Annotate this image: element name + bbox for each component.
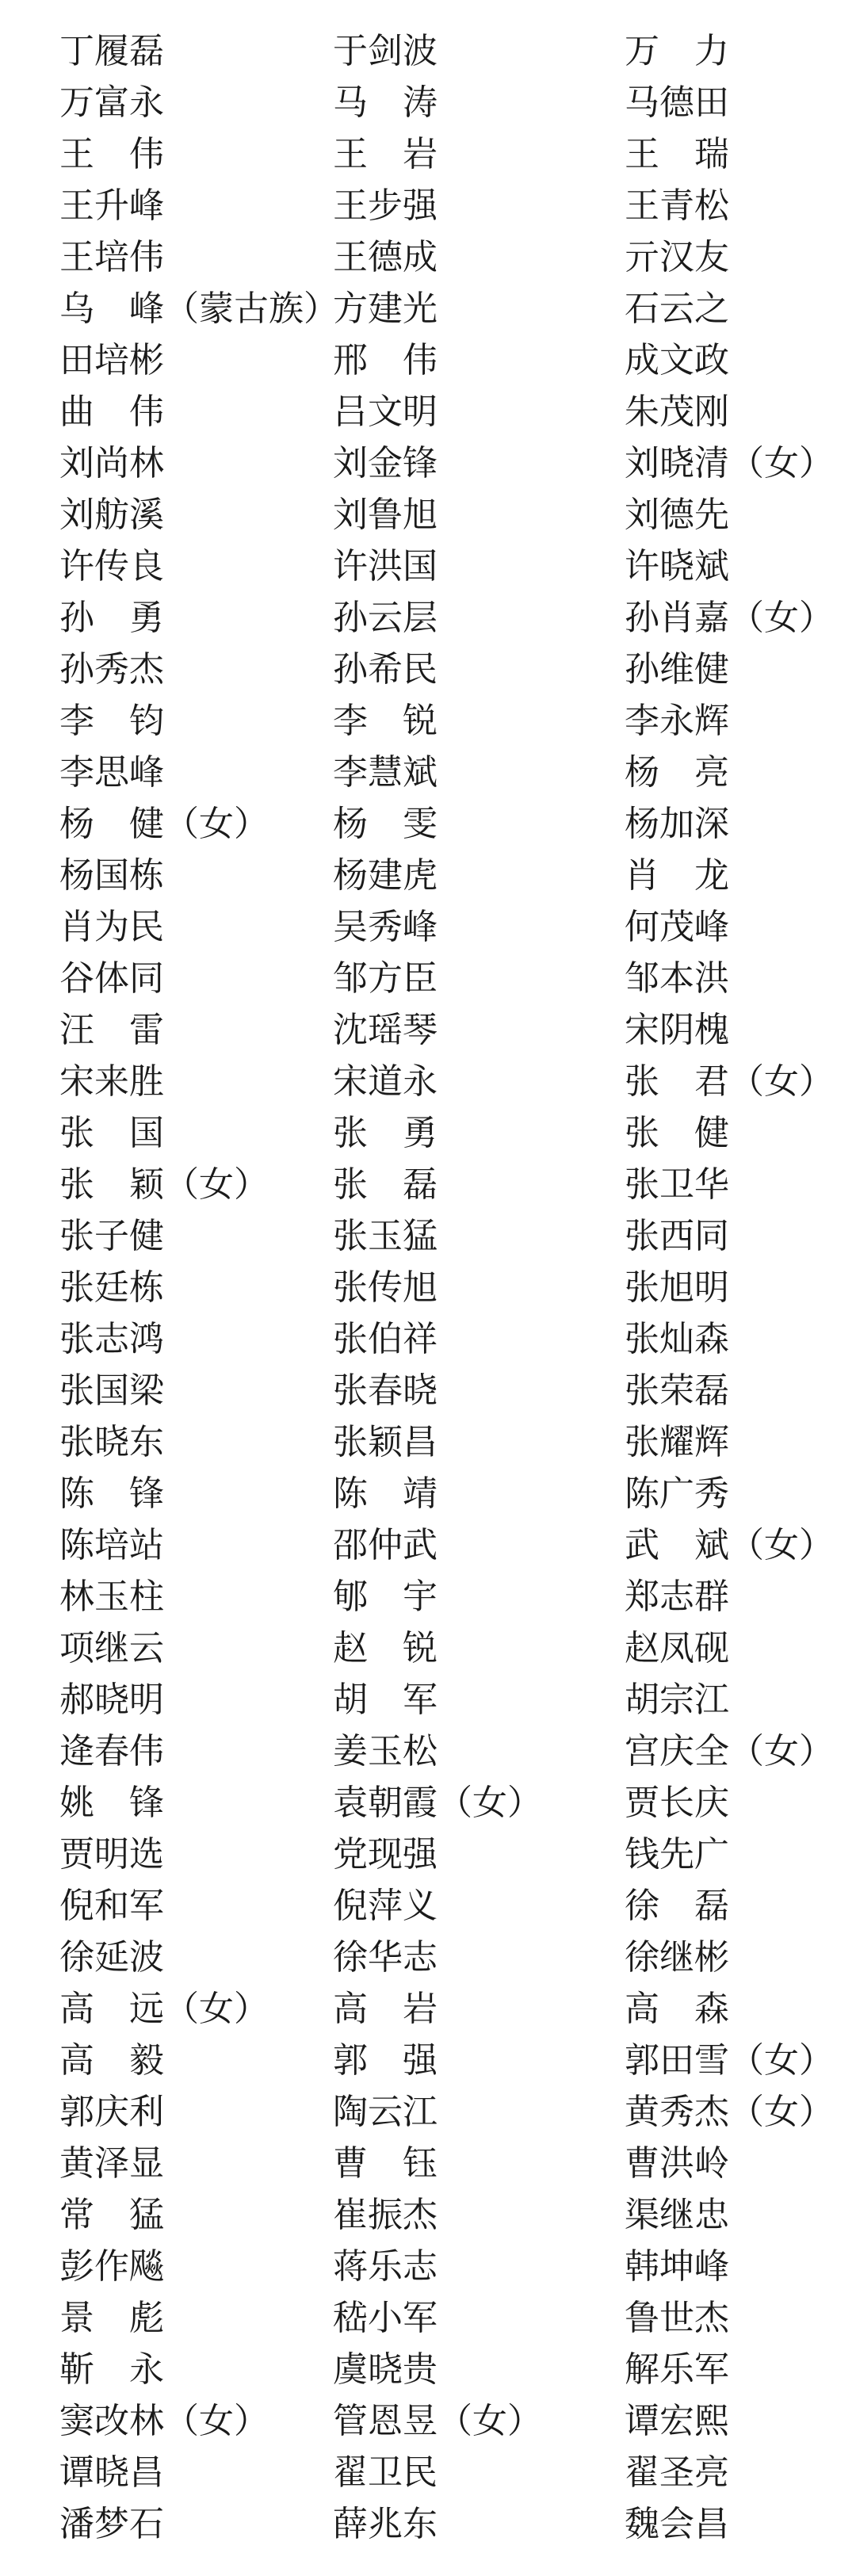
name-cell: 曹 钰 <box>333 2138 438 2189</box>
name-cell: 马德田 <box>625 77 729 128</box>
name-cell: 倪和军 <box>59 1880 164 1932</box>
name-cell: 武 斌（女） <box>625 1519 834 1571</box>
name-cell: 嵇小军 <box>333 2292 438 2344</box>
name-cell: 渠继忠 <box>625 2189 729 2241</box>
name-row: 刘舫溪刘鲁旭刘德先 <box>0 489 856 541</box>
name-cell: 高 远（女） <box>59 1983 269 2035</box>
name-cell: 朱茂刚 <box>625 386 729 438</box>
name-cell: 马 涛 <box>333 77 438 128</box>
name-cell: 赵 锐 <box>333 1622 438 1674</box>
name-row: 曲 伟吕文明朱茂刚 <box>0 386 856 438</box>
name-cell: 乌 峰（蒙古族） <box>59 283 338 334</box>
name-cell: 张志鸿 <box>59 1313 164 1365</box>
name-row: 王 伟王 岩王 瑞 <box>0 128 856 180</box>
name-cell: 宋阴槐 <box>625 1004 729 1056</box>
name-cell: 彭作飚 <box>59 2241 164 2292</box>
name-row: 田培彬邢 伟成文政 <box>0 334 856 386</box>
name-cell: 刘德先 <box>625 489 729 541</box>
name-cell: 潘梦石 <box>59 2498 164 2550</box>
name-row: 孙秀杰孙希民孙维健 <box>0 644 856 695</box>
name-cell: 杨 雯 <box>333 798 438 850</box>
name-row: 谭晓昌翟卫民翟圣亮 <box>0 2447 856 2498</box>
name-row: 郭庆利陶云江黄秀杰（女） <box>0 2086 856 2138</box>
name-cell: 李 钧 <box>59 695 164 747</box>
name-cell: 王 瑞 <box>625 128 729 180</box>
name-cell: 高 毅 <box>59 2035 164 2086</box>
name-cell: 曲 伟 <box>59 386 164 438</box>
name-row: 潘梦石薛兆东魏会昌 <box>0 2498 856 2550</box>
name-cell: 魏会昌 <box>625 2498 729 2550</box>
name-row: 陈培站邵仲武武 斌（女） <box>0 1519 856 1571</box>
name-cell: 张颖昌 <box>333 1416 438 1468</box>
name-row: 林玉柱郇 宇郑志群 <box>0 1571 856 1622</box>
name-row: 张晓东张颖昌张耀辉 <box>0 1416 856 1468</box>
name-row: 张国梁张春晓张荣磊 <box>0 1365 856 1416</box>
name-cell: 张玉猛 <box>333 1210 438 1262</box>
name-cell: 曹洪岭 <box>625 2138 729 2189</box>
name-cell: 袁朝霞（女） <box>333 1777 542 1829</box>
name-cell: 崔振杰 <box>333 2189 438 2241</box>
name-cell: 刘舫溪 <box>59 489 164 541</box>
name-cell: 翟圣亮 <box>625 2447 729 2498</box>
name-cell: 贾长庆 <box>625 1777 729 1829</box>
name-row: 张廷栋张传旭张旭明 <box>0 1262 856 1313</box>
name-cell: 黄秀杰（女） <box>625 2086 834 2138</box>
name-cell: 杨国栋 <box>59 850 164 901</box>
name-cell: 张 国 <box>59 1107 164 1159</box>
name-cell: 张 磊 <box>333 1159 438 1210</box>
name-row: 倪和军倪萍义徐 磊 <box>0 1880 856 1932</box>
name-cell: 成文政 <box>625 334 729 386</box>
name-row: 刘尚林刘金锋刘晓清（女） <box>0 438 856 489</box>
name-cell: 张 颖（女） <box>59 1159 269 1210</box>
name-cell: 虞晓贵 <box>333 2344 438 2395</box>
name-cell: 宫庆全（女） <box>625 1726 834 1777</box>
name-list: 丁履磊于剑波万 力万富永马 涛马德田王 伟王 岩王 瑞王升峰王步强王青松王培伟王… <box>0 25 856 2550</box>
name-cell: 孙秀杰 <box>59 644 164 695</box>
name-row: 黄泽显曹 钰曹洪岭 <box>0 2138 856 2189</box>
name-cell: 张子健 <box>59 1210 164 1262</box>
name-cell: 谷体同 <box>59 953 164 1004</box>
name-cell: 胡 军 <box>333 1674 438 1726</box>
name-cell: 杨 亮 <box>625 747 729 798</box>
name-cell: 亓汉友 <box>625 231 729 283</box>
name-cell: 张晓东 <box>59 1416 164 1468</box>
name-cell: 万富永 <box>59 77 164 128</box>
name-row: 靳 永虞晓贵解乐军 <box>0 2344 856 2395</box>
name-cell: 王培伟 <box>59 231 164 283</box>
name-cell: 刘金锋 <box>333 438 438 489</box>
name-cell: 许传良 <box>59 541 164 592</box>
name-row: 逄春伟姜玉松宫庆全（女） <box>0 1726 856 1777</box>
name-row: 乌 峰（蒙古族）方建光石云之 <box>0 283 856 334</box>
name-cell: 许晓斌 <box>625 541 729 592</box>
name-cell: 陶云江 <box>333 2086 438 2138</box>
name-cell: 邢 伟 <box>333 334 438 386</box>
name-cell: 常 猛 <box>59 2189 164 2241</box>
name-row: 丁履磊于剑波万 力 <box>0 25 856 77</box>
name-cell: 郭庆利 <box>59 2086 164 2138</box>
name-cell: 徐延波 <box>59 1932 164 1983</box>
name-cell: 孙希民 <box>333 644 438 695</box>
name-cell: 田培彬 <box>59 334 164 386</box>
name-cell: 徐华志 <box>333 1932 438 1983</box>
name-cell: 解乐军 <box>625 2344 729 2395</box>
name-cell: 薛兆东 <box>333 2498 438 2550</box>
name-cell: 谭宏熙 <box>625 2395 729 2447</box>
name-cell: 张 勇 <box>333 1107 438 1159</box>
name-cell: 张伯祥 <box>333 1313 438 1365</box>
name-cell: 许洪国 <box>333 541 438 592</box>
name-cell: 丁履磊 <box>59 25 164 77</box>
name-cell: 孙肖嘉（女） <box>625 592 834 644</box>
name-row: 姚 锋袁朝霞（女）贾长庆 <box>0 1777 856 1829</box>
name-cell: 高 岩 <box>333 1983 438 2035</box>
name-cell: 吴秀峰 <box>333 901 438 953</box>
name-cell: 孙 勇 <box>59 592 164 644</box>
name-row: 李 钧李 锐李永辉 <box>0 695 856 747</box>
name-cell: 管恩昱（女） <box>333 2395 542 2447</box>
name-row: 郝晓明胡 军胡宗江 <box>0 1674 856 1726</box>
name-row: 张子健张玉猛张西同 <box>0 1210 856 1262</box>
name-cell: 徐继彬 <box>625 1932 729 1983</box>
name-row: 孙 勇孙云层孙肖嘉（女） <box>0 592 856 644</box>
name-row: 谷体同邹方臣邹本洪 <box>0 953 856 1004</box>
name-cell: 宋来胜 <box>59 1056 164 1107</box>
name-cell: 林玉柱 <box>59 1571 164 1622</box>
name-cell: 汪 雷 <box>59 1004 164 1056</box>
name-cell: 王升峰 <box>59 180 164 231</box>
name-cell: 胡宗江 <box>625 1674 729 1726</box>
name-cell: 张传旭 <box>333 1262 438 1313</box>
name-cell: 郇 宇 <box>333 1571 438 1622</box>
name-cell: 陈培站 <box>59 1519 164 1571</box>
name-cell: 刘尚林 <box>59 438 164 489</box>
name-cell: 李慧斌 <box>333 747 438 798</box>
name-row: 高 远（女）高 岩高 森 <box>0 1983 856 2035</box>
name-cell: 逄春伟 <box>59 1726 164 1777</box>
name-cell: 钱先广 <box>625 1829 729 1880</box>
name-cell: 陈 靖 <box>333 1468 438 1519</box>
name-cell: 蒋乐志 <box>333 2241 438 2292</box>
name-cell: 靳 永 <box>59 2344 164 2395</box>
name-cell: 姜玉松 <box>333 1726 438 1777</box>
name-cell: 于剑波 <box>333 25 438 77</box>
name-cell: 贾明选 <box>59 1829 164 1880</box>
name-row: 窦改林（女）管恩昱（女）谭宏熙 <box>0 2395 856 2447</box>
name-cell: 张卫华 <box>625 1159 729 1210</box>
name-row: 彭作飚蒋乐志韩坤峰 <box>0 2241 856 2292</box>
name-cell: 张荣磊 <box>625 1365 729 1416</box>
name-cell: 石云之 <box>625 283 729 334</box>
name-cell: 姚 锋 <box>59 1777 164 1829</box>
name-cell: 王步强 <box>333 180 438 231</box>
name-cell: 郝晓明 <box>59 1674 164 1726</box>
name-cell: 宋道永 <box>333 1056 438 1107</box>
name-row: 项继云赵 锐赵凤砚 <box>0 1622 856 1674</box>
name-cell: 张春晓 <box>333 1365 438 1416</box>
name-cell: 张 君（女） <box>625 1056 834 1107</box>
name-cell: 邹方臣 <box>333 953 438 1004</box>
name-cell: 项继云 <box>59 1622 164 1674</box>
name-cell: 李思峰 <box>59 747 164 798</box>
name-cell: 王德成 <box>333 231 438 283</box>
name-row: 王升峰王步强王青松 <box>0 180 856 231</box>
name-cell: 张廷栋 <box>59 1262 164 1313</box>
name-cell: 高 森 <box>625 1983 729 2035</box>
name-cell: 陈 锋 <box>59 1468 164 1519</box>
name-cell: 何茂峰 <box>625 901 729 953</box>
name-row: 汪 雷沈瑶琴宋阴槐 <box>0 1004 856 1056</box>
name-row: 李思峰李慧斌杨 亮 <box>0 747 856 798</box>
name-cell: 王 岩 <box>333 128 438 180</box>
name-cell: 窦改林（女） <box>59 2395 269 2447</box>
name-cell: 杨加深 <box>625 798 729 850</box>
name-cell: 肖为民 <box>59 901 164 953</box>
name-row: 许传良许洪国许晓斌 <box>0 541 856 592</box>
name-cell: 肖 龙 <box>625 850 729 901</box>
name-cell: 张耀辉 <box>625 1416 729 1468</box>
document-page: 丁履磊于剑波万 力万富永马 涛马德田王 伟王 岩王 瑞王升峰王步强王青松王培伟王… <box>0 0 856 2576</box>
name-cell: 谭晓昌 <box>59 2447 164 2498</box>
name-row: 张 国张 勇张 健 <box>0 1107 856 1159</box>
name-row: 张志鸿张伯祥张灿森 <box>0 1313 856 1365</box>
name-cell: 孙云层 <box>333 592 438 644</box>
name-cell: 邵仲武 <box>333 1519 438 1571</box>
name-cell: 张旭明 <box>625 1262 729 1313</box>
name-cell: 景 彪 <box>59 2292 164 2344</box>
name-cell: 邹本洪 <box>625 953 729 1004</box>
name-cell: 方建光 <box>333 283 438 334</box>
name-cell: 沈瑶琴 <box>333 1004 438 1056</box>
name-row: 杨国栋杨建虎肖 龙 <box>0 850 856 901</box>
name-cell: 黄泽显 <box>59 2138 164 2189</box>
name-cell: 孙维健 <box>625 644 729 695</box>
name-cell: 倪萍义 <box>333 1880 438 1932</box>
name-cell: 王 伟 <box>59 128 164 180</box>
name-cell: 党现强 <box>333 1829 438 1880</box>
name-cell: 郭 强 <box>333 2035 438 2086</box>
name-cell: 杨建虎 <box>333 850 438 901</box>
name-cell: 韩坤峰 <box>625 2241 729 2292</box>
name-row: 徐延波徐华志徐继彬 <box>0 1932 856 1983</box>
name-cell: 鲁世杰 <box>625 2292 729 2344</box>
name-cell: 郑志群 <box>625 1571 729 1622</box>
name-row: 景 彪嵇小军鲁世杰 <box>0 2292 856 2344</box>
name-cell: 陈广秀 <box>625 1468 729 1519</box>
name-cell: 吕文明 <box>333 386 438 438</box>
name-cell: 徐 磊 <box>625 1880 729 1932</box>
name-cell: 张国梁 <box>59 1365 164 1416</box>
name-row: 万富永马 涛马德田 <box>0 77 856 128</box>
name-row: 肖为民吴秀峰何茂峰 <box>0 901 856 953</box>
name-cell: 刘鲁旭 <box>333 489 438 541</box>
name-cell: 王青松 <box>625 180 729 231</box>
name-cell: 刘晓清（女） <box>625 438 834 489</box>
name-row: 杨 健（女）杨 雯杨加深 <box>0 798 856 850</box>
name-row: 贾明选党现强钱先广 <box>0 1829 856 1880</box>
name-cell: 李永辉 <box>625 695 729 747</box>
name-cell: 翟卫民 <box>333 2447 438 2498</box>
name-cell: 赵凤砚 <box>625 1622 729 1674</box>
name-row: 张 颖（女）张 磊张卫华 <box>0 1159 856 1210</box>
name-cell: 李 锐 <box>333 695 438 747</box>
name-row: 常 猛崔振杰渠继忠 <box>0 2189 856 2241</box>
name-cell: 杨 健（女） <box>59 798 269 850</box>
name-row: 王培伟王德成亓汉友 <box>0 231 856 283</box>
name-row: 陈 锋陈 靖陈广秀 <box>0 1468 856 1519</box>
name-cell: 张 健 <box>625 1107 729 1159</box>
name-cell: 张灿森 <box>625 1313 729 1365</box>
name-row: 宋来胜宋道永张 君（女） <box>0 1056 856 1107</box>
name-row: 高 毅郭 强郭田雪（女） <box>0 2035 856 2086</box>
name-cell: 张西同 <box>625 1210 729 1262</box>
name-cell: 郭田雪（女） <box>625 2035 834 2086</box>
name-cell: 万 力 <box>625 25 729 77</box>
